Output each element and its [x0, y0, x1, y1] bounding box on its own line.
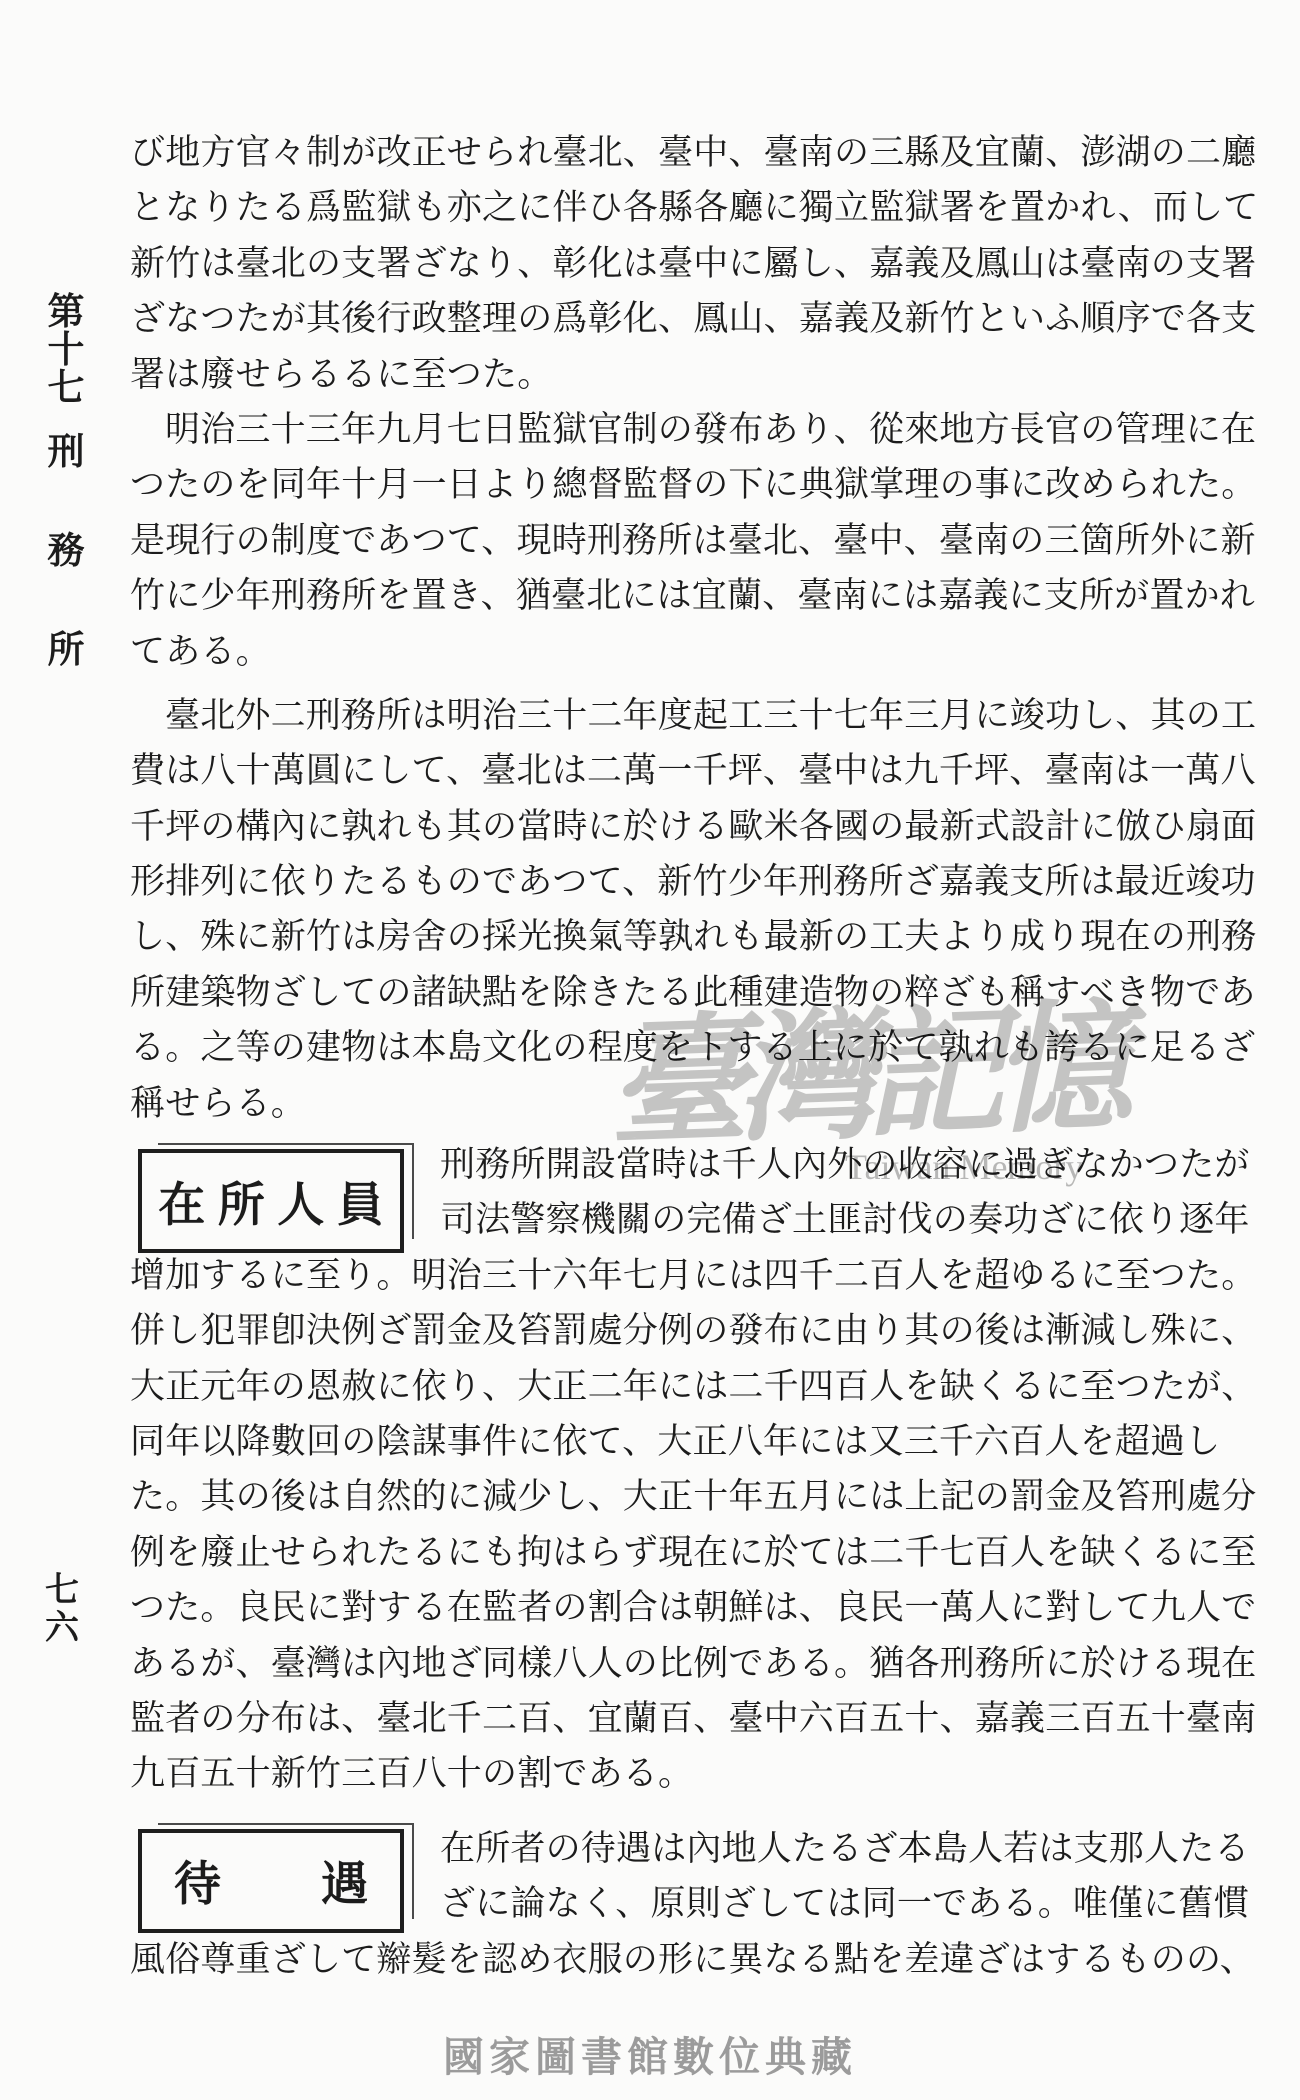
text-line: 所建築物ざしての諸缺點を除きたる此種建造物の粹ざも稱すべき物であ: [130, 965, 1230, 1020]
page-number-char: 七: [42, 1572, 82, 1610]
section-heading: 待 遇: [142, 1847, 400, 1914]
chapter-char: 七: [44, 370, 88, 407]
text-line: 明治三十三年九月七日監獄官制の發布あり、從來地方長官の管理に在: [130, 402, 1230, 457]
section-heading-box: 待 遇: [138, 1829, 404, 1933]
text-line: となりたる爲監獄も亦之に伴ひ各縣各廳に獨立監獄署を置かれ、而して: [130, 180, 1230, 235]
text-line: 新竹は臺北の支署ざなり、彰化は臺中に屬し、嘉義及鳳山は臺南の支署: [130, 236, 1230, 291]
text-line: 千坪の構內に孰れも其の當時に於ける歐米各國の最新式設計に倣ひ扇面: [130, 799, 1230, 854]
text-line: 稱せらる。: [130, 1076, 1230, 1131]
page-number-char: 六: [42, 1610, 82, 1648]
chapter-char: 所: [44, 632, 88, 669]
page-number: 七 六: [42, 1572, 82, 1648]
text-line: 監者の分布は、臺北千二百、宜蘭百、臺中六百五十、嘉義三百五十臺南: [130, 1691, 1230, 1746]
text-line: つた。良民に對する在監者の割合は朝鮮は、良民一萬人に對して九人で: [130, 1580, 1230, 1635]
chapter-char: 刑: [44, 434, 88, 471]
text-line: 署は廢せらるるに至つた。: [130, 347, 1230, 402]
text-line: 司法警察機關の完備ざ土匪討伐の奏功ざに依り逐年: [440, 1192, 1230, 1247]
text-line: ざに論なく、原則ざしては同一である。唯僅に舊慣: [440, 1876, 1230, 1931]
chapter-char: 第: [44, 294, 88, 331]
text-line: 竹に少年刑務所を置き、猶臺北には宜蘭、臺南には嘉義に支所が置かれ: [130, 568, 1230, 623]
text-line: 例を廢止せられたるにも拘はらず現在に於ては二千七百人を缺くるに至: [130, 1525, 1230, 1580]
text-line: てある。: [130, 624, 1230, 679]
scanned-book-page: 第 十 七 刑 務 所 七 六 び地方官々制が改正せられ臺北、臺中、臺南の三縣及…: [0, 0, 1300, 2100]
text-line: 臺北外二刑務所は明治三十二年度起工三十七年三月に竣功し、其の工: [130, 688, 1230, 743]
section-heading-box: 在 所 人 員: [138, 1149, 404, 1253]
chapter-char: 十: [44, 332, 88, 369]
heading-char: 人: [277, 1168, 324, 1235]
section-treatment: 待 遇 在所者の待遇は內地人たるざ本島人若は支那人たる ざに論なく、原則ざしては…: [130, 1821, 1230, 1987]
body-text: び地方官々制が改正せられ臺北、臺中、臺南の三縣及宜蘭、澎湖の二廳 となりたる爲監…: [130, 125, 1230, 1987]
text-line: 在所者の待遇は內地人たるざ本島人若は支那人たる: [440, 1821, 1230, 1876]
section-heading: 在 所 人 員: [142, 1168, 400, 1235]
text-line: 大正元年の恩赦に依り、大正二年には二千四百人を缺くるに至つたが、: [130, 1359, 1230, 1414]
text-line: 增加するに至り。明治三十六年七月には四千二百人を超ゆるに至つた。: [130, 1248, 1230, 1303]
text-line: た。其の後は自然的に減少し、大正十年五月には上記の罰金及笞刑處分: [130, 1469, 1230, 1524]
text-line: ざなつたが其後行政整理の爲彰化、鳳山、嘉義及新竹といふ順序で各支: [130, 291, 1230, 346]
text-line: び地方官々制が改正せられ臺北、臺中、臺南の三縣及宜蘭、澎湖の二廳: [130, 125, 1230, 180]
text-line: 形排列に依りたるものであつて、新竹少年刑務所ざ嘉義支所は最近竣功: [130, 854, 1230, 909]
section-inmate-population: 在 所 人 員 刑務所開設當時は千人內外の收容に過ぎなかつたが 司法警察機關の完…: [130, 1137, 1230, 1802]
heading-char: 員: [337, 1168, 384, 1235]
heading-char: 在: [158, 1168, 205, 1235]
chapter-char: 務: [44, 533, 88, 570]
text-line: つたのを同年十月一日より總督監督の下に典獄掌理の事に改められた。: [130, 457, 1230, 512]
heading-char: 待: [174, 1847, 221, 1914]
text-line: 費は八十萬圓にして、臺北は二萬一千坪、臺中は九千坪、臺南は一萬八: [130, 743, 1230, 798]
archive-footer: 國家圖書館數位典藏: [0, 2024, 1300, 2083]
text-line: 刑務所開設當時は千人內外の收容に過ぎなかつたが: [440, 1137, 1230, 1192]
text-line: る。之等の建物は本島文化の程度をトする上に於て孰れも誇るに足るざ: [130, 1020, 1230, 1075]
heading-char: 所: [218, 1168, 265, 1235]
text-line: 是現行の制度であつて、現時刑務所は臺北、臺中、臺南の三箇所外に新: [130, 513, 1230, 568]
text-line: 風俗尊重ざして辮髮を認め衣服の形に異なる點を差違ざはするものの、: [130, 1932, 1230, 1987]
text-line: 九百五十新竹三百八十の割である。: [130, 1746, 1230, 1801]
text-line: あるが、臺灣は內地ざ同樣八人の比例である。猶各刑務所に於ける現在: [130, 1636, 1230, 1691]
text-line: 併し犯罪卽決例ざ罰金及笞罰處分例の發布に由り其の後は漸減し殊に、: [130, 1303, 1230, 1358]
text-line: し、殊に新竹は房舍の採光換氣等孰れも最新の工夫より成り現在の刑務: [130, 909, 1230, 964]
text-line: 同年以降數回の陰謀事件に依て、大正八年には又三千六百人を超過し: [130, 1414, 1230, 1469]
chapter-label: 第 十 七 刑 務 所: [44, 293, 88, 669]
heading-char: 遇: [321, 1847, 368, 1914]
